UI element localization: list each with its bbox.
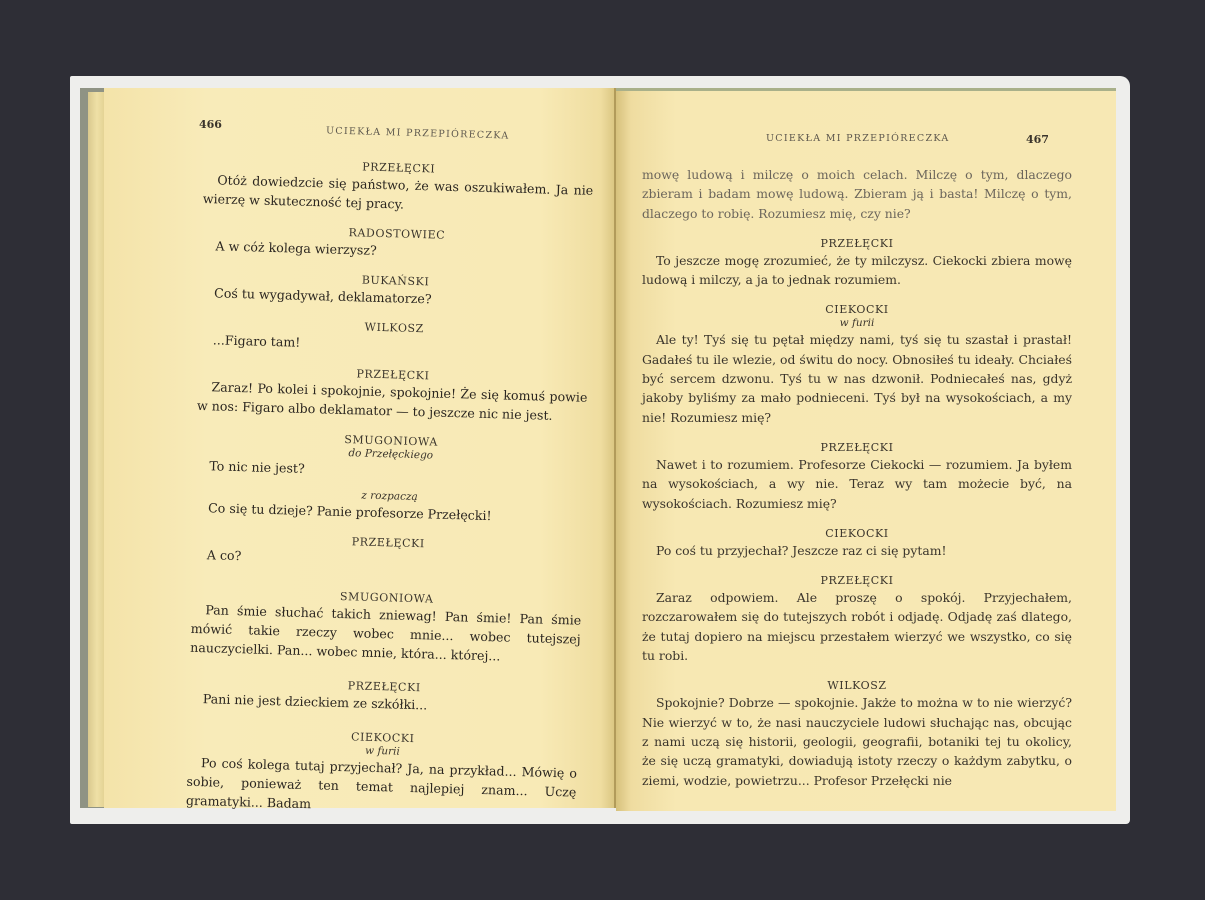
page-number-right: 467: [1026, 133, 1049, 146]
dialogue-block: WILKOSZ Spokojnie? Dobrze — spokojnie. J…: [642, 679, 1072, 789]
speaker-name: WILKOSZ: [642, 679, 1072, 692]
dialogue-text: Pan śmie słuchać takich zniewag! Pan śmi…: [190, 600, 581, 668]
dialogue-text: mowę ludową i milczę o moich celach. Mil…: [642, 165, 1072, 223]
dialogue-block: CIEKOCKI w furii Po coś kolega tutaj prz…: [186, 726, 578, 821]
dialogue-block: BUKAŃSKI Coś tu wygadywał, deklamatorze?: [200, 269, 591, 313]
dialogue-block: PRZEŁĘCKI Pani nie jest dzieckiem ze szk…: [189, 675, 580, 719]
page-number-left: 466: [199, 118, 222, 131]
continuation-paragraph: mowę ludową i milczę o moich celach. Mil…: [642, 165, 1072, 223]
dialogue-block: CIEKOCKI w furii Ale ty! Tyś się tu pęta…: [642, 303, 1072, 426]
dialogue-block: PRZEŁĘCKI Otóż dowiedzcie się państwo, ż…: [203, 156, 594, 219]
dialogue-text: Po coś tu przyjechał? Jeszcze raz ci się…: [642, 541, 1072, 560]
dialogue-text: Po coś kolega tutaj przyjechał? Ja, na p…: [186, 753, 577, 821]
dialogue-block: WILKOSZ ...Figaro tam!: [199, 316, 590, 360]
dialogue-block: RADOSTOWIEC A w cóż kolega wierzysz?: [201, 222, 592, 266]
dialogue-text: Spokojnie? Dobrze — spokojnie. Jakże to …: [642, 693, 1072, 789]
speaker-name: PRZEŁĘCKI: [642, 237, 1072, 250]
dialogue-block: SMUGONIOWA do Przełęckiego To nic nie je…: [195, 429, 586, 486]
left-page: 466 UCIEKŁA MI PRZEPIÓRECZKA PRZEŁĘCKI O…: [104, 88, 616, 808]
dialogue-block: PRZEŁĘCKI A co?: [193, 531, 584, 575]
speaker-name: PRZEŁĘCKI: [642, 441, 1072, 454]
dialogue-text: Zaraz odpowiem. Ale proszę o spokój. Prz…: [642, 588, 1072, 665]
stage-direction: w furii: [642, 317, 1072, 329]
dialogue-block: PRZEŁĘCKI Zaraz odpowiem. Ale proszę o s…: [642, 574, 1072, 665]
speaker-name: CIEKOCKI: [642, 303, 1072, 316]
dialogue-block: PRZEŁĘCKI Nawet i to rozumiem. Profesorz…: [642, 441, 1072, 513]
dialogue-text: Ale ty! Tyś się tu pętał między nami, ty…: [642, 330, 1072, 426]
right-page: UCIEKŁA MI PRZEPIÓRECZKA 467 mowę ludową…: [616, 88, 1116, 811]
running-head-left: UCIEKŁA MI PRZEPIÓRECZKA: [326, 125, 510, 141]
dialogue-block: CIEKOCKI Po coś tu przyjechał? Jeszcze r…: [642, 527, 1072, 560]
speaker-name: PRZEŁĘCKI: [642, 574, 1072, 587]
dialogue-text: To jeszcze mogę zrozumieć, że ty milczys…: [642, 251, 1072, 290]
left-page-text: PRZEŁĘCKI Otóż dowiedzcie się państwo, ż…: [185, 156, 593, 835]
speaker-name: CIEKOCKI: [642, 527, 1072, 540]
dialogue-block: PRZEŁĘCKI To jeszcze mogę zrozumieć, że …: [642, 237, 1072, 290]
dialogue-block: z rozpaczą Co się tu dzieje? Panie profe…: [194, 485, 585, 528]
right-page-text: mowę ludową i milczę o moich celach. Mil…: [642, 165, 1072, 804]
dialogue-block: SMUGONIOWA Pan śmie słuchać takich zniew…: [190, 586, 582, 668]
dialogue-text: Nawet i to rozumiem. Profesorze Ciekocki…: [642, 455, 1072, 513]
dialogue-block: PRZEŁĘCKI Zaraz! Po kolei i spokojnie, s…: [197, 363, 588, 426]
running-head-right: UCIEKŁA MI PRZEPIÓRECZKA: [766, 133, 950, 144]
